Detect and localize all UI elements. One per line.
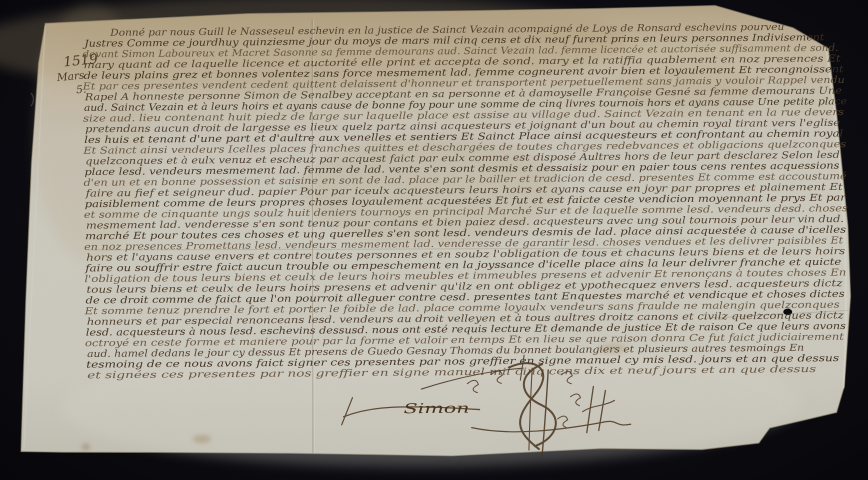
parchment-group: 1519 Mars 5. Donné par nous Guill le Nas…	[0, 0, 852, 471]
parchment-photo: 1519 Mars 5. Donné par nous Guill le Nas…	[0, 0, 868, 480]
photo-backdrop: 1519 Mars 5. Donné par nous Guill le Nas…	[0, 0, 868, 480]
background-edge-artifact	[31, 93, 34, 106]
manuscript-text: Donné par nous Guill le Nasseseul eschev…	[81, 21, 850, 381]
